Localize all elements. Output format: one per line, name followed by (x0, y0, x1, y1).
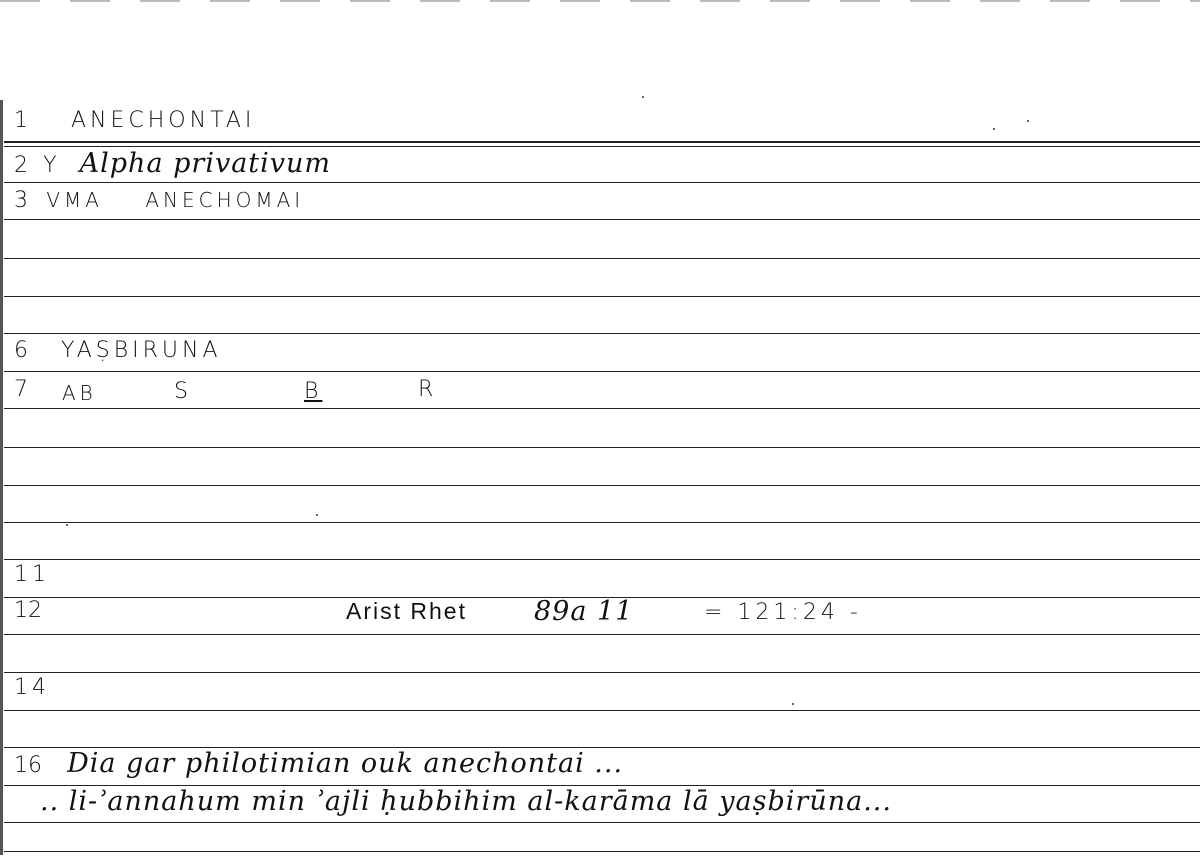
ruled-line (4, 710, 1200, 711)
paper-speck (993, 128, 995, 130)
ruled-line (4, 851, 1200, 852)
line-16-continued: .. li-ʾannahum min ʾajli ḥubbihim al-kar… (40, 786, 892, 820)
line-number: 7 (14, 377, 32, 402)
source-reference: Arist Rhet (346, 598, 467, 625)
paper-speck (792, 703, 794, 705)
card-top-edge (0, 0, 1200, 2)
ruled-line (4, 333, 1200, 334)
marker: VMA (46, 188, 103, 212)
ruled-line (4, 485, 1200, 486)
ruled-line (4, 146, 1200, 147)
line-number: 16 (14, 753, 42, 778)
grammar-note: Alpha privativum (80, 148, 331, 179)
root-form: ANECHOMAI (145, 188, 304, 212)
line-3: 3 VMA ANECHOMAI (14, 188, 304, 222)
passage-reference: 89a 11 (534, 596, 633, 627)
index-card: 1 ANECHONTAI 2 Y Alpha privativum 3 VMA … (0, 0, 1200, 859)
lemma-text: ANECHONTAI (71, 108, 255, 133)
line-number: 11 (14, 562, 50, 587)
line-number: 14 (14, 675, 50, 700)
line-2: 2 Y Alpha privativum (14, 148, 331, 182)
translation-reference: = 121:24 - (704, 600, 862, 625)
col-r: R (418, 377, 437, 402)
ruled-line (4, 182, 1200, 183)
paper-speck (642, 96, 644, 98)
ruled-line (4, 296, 1200, 297)
ruled-line (4, 258, 1200, 259)
line-number: 1 (14, 108, 32, 133)
line-7: 7 AB S B R (14, 377, 514, 411)
line-11: 11 (14, 562, 50, 596)
paper-speck (66, 524, 68, 526)
ruled-line (4, 672, 1200, 673)
line-16: 16 Dia gar philotimian ouk anechontai ..… (14, 748, 623, 782)
line-1: 1 ANECHONTAI (14, 108, 255, 142)
card-left-border (0, 100, 3, 855)
arabic-quotation: .. li-ʾannahum min ʾajli ḥubbihim al-kar… (40, 786, 892, 817)
line-6: 6 YAṢBIRUNA (14, 338, 222, 372)
ruled-line (4, 522, 1200, 523)
line-14: 14 (14, 675, 50, 709)
paper-speck (316, 514, 318, 516)
line-number: 12 (14, 598, 42, 623)
line-number: 3 (14, 188, 32, 213)
line-number: 2 (14, 153, 28, 178)
paper-speck (1027, 120, 1029, 122)
col-ab: AB (62, 381, 97, 405)
greek-quotation: Dia gar philotimian ouk anechontai ... (67, 748, 623, 779)
ruled-line (4, 634, 1200, 635)
ruled-line (4, 822, 1200, 823)
marker: Y (43, 153, 60, 178)
ruled-line (4, 559, 1200, 560)
line-number: 6 (14, 338, 32, 363)
arabic-lemma: YAṢBIRUNA (61, 338, 222, 363)
line-12: 12 Arist Rhet 89a 11 = 121:24 - (14, 598, 1014, 632)
col-b: B (304, 379, 322, 404)
col-s: S (174, 379, 192, 404)
ruled-line (4, 447, 1200, 448)
